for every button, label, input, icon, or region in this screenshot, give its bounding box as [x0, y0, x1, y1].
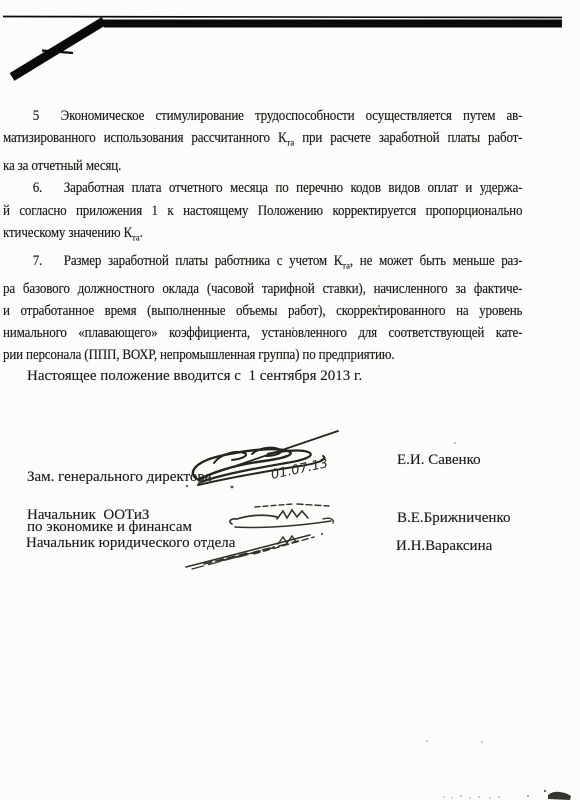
signature-name-savenko: Е.И. Савенко: [397, 452, 481, 469]
scan-fold-line: [3, 17, 562, 18]
text-line: 6.Заработная плата отчетного месяца по п…: [3, 177, 522, 199]
text-line: и отработанное время (выполненные объемы…: [3, 300, 522, 322]
paragraph-number: 5: [33, 108, 39, 124]
text-line: ка за отчетный месяц.: [3, 155, 522, 177]
paragraph-number: 7.: [33, 253, 42, 269]
scan-fold-bar: [100, 20, 562, 28]
effective-date-note: Настоящее положение вводится с 1 сентябр…: [27, 368, 362, 385]
text-line: й согласно приложения 1 к настоящему Пол…: [3, 200, 522, 222]
signature-title-ootiz-chief: Начальник ООТиЗ: [27, 507, 149, 524]
scan-fold-branch: [42, 51, 73, 54]
text-line: рии персонала (ППП, ВОХР, непромышленная…: [3, 344, 522, 366]
signature-name-varaksina: И.Н.Вараксина: [396, 538, 492, 555]
body-text: 5Экономическое стимулирование трудоспосо…: [3, 105, 522, 367]
text-line: ра базового должностного оклада (часовой…: [3, 278, 522, 300]
text-line: ктическому значению Кта.: [3, 222, 522, 250]
varaksina-signature: [182, 526, 332, 572]
scanned-document-page: 5Экономическое стимулирование трудоспосо…: [0, 0, 580, 800]
paragraph-number: 6.: [33, 180, 42, 196]
signature-name-brizhnichenko: В.Е.Брижниченко: [397, 510, 510, 527]
text-line: нимального «плавающего» коэффициента, ус…: [3, 322, 522, 344]
text-line: 7.Размер заработной платы работника с уч…: [3, 250, 522, 278]
scan-fold-diagonal: [12, 21, 104, 77]
text-line: матизированного использования рассчитанн…: [3, 127, 522, 155]
text-line: 5Экономическое стимулирование трудоспосо…: [3, 105, 522, 127]
savenko-signature: 01.07.13: [168, 421, 346, 495]
